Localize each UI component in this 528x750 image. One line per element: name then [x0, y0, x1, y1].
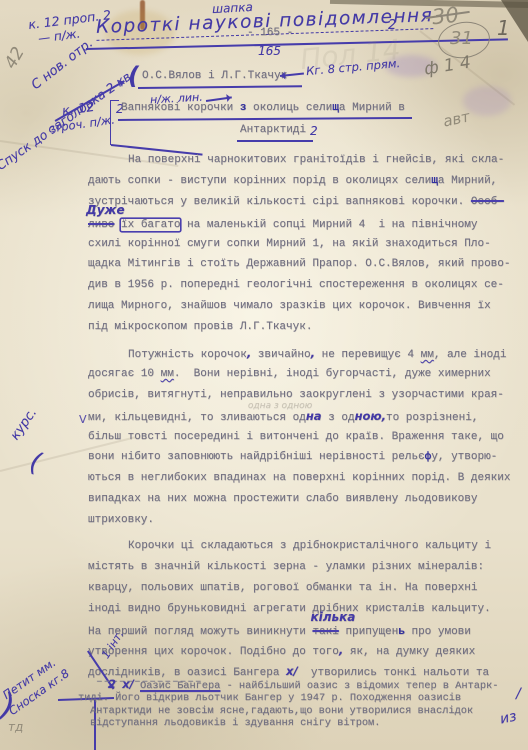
typed-text: кварцу, польових шпатів, рогової обманки… [88, 582, 477, 594]
typed-text: - найбільший оазис з відомих тепер в Ант… [220, 680, 498, 692]
typed-text: На поверхні чарнокитових гранітоїдів і г… [128, 154, 504, 166]
typed-line: На перший погляд можуть виникнути кілька… [88, 620, 516, 641]
pencil-mark-avt: авт [441, 107, 471, 130]
typed-page-number: - 165 - [247, 27, 293, 39]
footnote-lines: 2 х/ Оазис Бангера - найбільший оазис з … [78, 678, 528, 729]
typed-text: звичайно [251, 349, 310, 361]
typed-text: Антарктиди не зовсім ясне,гадають,що вон… [90, 705, 473, 717]
typed-text: Корочки ці складаються з дрібнокристаліч… [128, 540, 491, 552]
paren-before-authors: ( [128, 62, 139, 90]
pencil-td: тд [8, 720, 23, 734]
typed-line: Потужність корочок, звичайно, не перевищ… [88, 343, 516, 364]
typed-text: лища Мирного, знайшов чимало зразків цих… [88, 300, 491, 312]
typed-text: випадках на них можна простежити слабо в… [88, 493, 477, 505]
typed-text: дають сопки - виступи корінних порід в о… [88, 175, 431, 187]
correction-box: їх багато [121, 219, 180, 231]
typed-line: На поверхні чарнокитових гранітоїдів і г… [88, 150, 516, 171]
pencil-42: 42 [1, 44, 29, 73]
correction-hb: щ [431, 175, 438, 187]
typed-title-line2: Антарктиді [240, 124, 306, 136]
paragraph: Корочки ці складаються з дрібнокристаліч… [88, 536, 516, 682]
correction-wavy: мм [161, 368, 174, 380]
typed-text: досягає 10 [88, 368, 161, 380]
typed-text: то розрізнені, [386, 412, 478, 424]
pencil-copy-number: 1 [497, 16, 510, 40]
correction-h: ною, [355, 409, 386, 423]
typed-title-line1: Вапнякові корочки з околиць селища Мирни… [121, 102, 405, 114]
typed-text: . Вони нерівні, іноді бугорчасті, дуже х… [174, 368, 491, 380]
correction-h: на [306, 409, 322, 423]
typed-text: а Мирний в [339, 102, 405, 114]
ink-bottom-right: из [499, 708, 519, 727]
heading-bracket [110, 100, 119, 145]
typed-line: дають сопки - виступи корінних порід в о… [88, 171, 516, 192]
typed-line: схилі корінної смуги сопки Мирний 1, на … [88, 234, 516, 255]
ink-right-slash: / [516, 686, 521, 702]
typed-line: Дужеливо їх багато на маленькій сопці Ми… [88, 213, 516, 234]
correction-hb: щ [332, 102, 339, 114]
typed-text: утворення цих корочок. Подібно до того [88, 646, 339, 658]
typed-text: відступання льодовиків і здування снігу … [90, 717, 380, 729]
mark-after-title: 2 [310, 124, 318, 138]
typed-line: ми, кільцевидні, то зливаються ододна з … [88, 406, 516, 427]
hand-page-number: 165 [258, 44, 281, 58]
authors-underline [138, 85, 302, 88]
typed-text: більш товсті посередині і витончені до к… [88, 431, 504, 443]
typed-line: щадка Мітингів і стоїть Державний Прапор… [88, 254, 516, 275]
typed-text: обрисів, витягнуті, неправильно заокругл… [88, 389, 504, 401]
mark-after-hand-title: 2 [388, 18, 396, 33]
typed-line: більш товсті посередині і витончені до к… [88, 427, 516, 448]
typed-text: околиць сели [246, 102, 332, 114]
typed-text: на маленькій сопці Мирний 4 і на північн… [180, 219, 477, 231]
authors-line: О.С.Вялов і Л.Г.Ткачук [142, 70, 287, 82]
typed-body: На поверхні чарнокитових гранітоїдів і г… [88, 150, 516, 687]
correction-h: х/ [122, 677, 134, 691]
typed-line: Корочки ці складаються з дрібнокристаліч… [88, 536, 516, 557]
typed-text: щадка Мітингів і стоїть Державний Прапор… [88, 258, 510, 270]
correction-s: такі [312, 626, 338, 638]
typed-text: Вапнякові корочки [121, 102, 240, 114]
typed-line: лища Мирного, знайшов чимало зразків цих… [88, 296, 516, 317]
typed-line: вони нібито заповнюють найдрібніші нерів… [88, 447, 516, 468]
footnote-line: Антарктиди не зовсім ясне,гадають,що вон… [90, 705, 528, 717]
correction-u: Оазис Бангера [140, 680, 220, 692]
typed-text: як, на думку деяких [343, 646, 475, 658]
arrow-authors-note [280, 72, 304, 76]
typed-line: ються в неглибоких впадинах на поверхні … [88, 468, 516, 489]
typed-text: містять в значній кількості зерна - улам… [88, 561, 484, 573]
typed-text: а Мирний, [438, 175, 497, 187]
stain-purple-2 [463, 86, 511, 116]
typed-text: схилі корінної смуги сопки Мирний 1, на … [88, 238, 491, 250]
typed-text: , але іноді [434, 349, 507, 361]
typed-text: про умови [405, 626, 471, 638]
typed-line: досягає 10 мм. Вони нерівні, іноді бугор… [88, 364, 516, 385]
typed-line: під мікроскопом провів Л.Г.Ткачук. [88, 317, 516, 338]
typed-text: див в 1956 р. попередні геологічні спост… [88, 279, 504, 291]
footnote-line: відступання льодовиків і здування снігу … [90, 717, 528, 729]
typed-text: штриховку. [88, 514, 154, 526]
paragraph: На поверхні чарнокитових гранітоїдів і г… [88, 150, 516, 338]
correction-hb: ь [398, 626, 405, 638]
correction-s: ливо [88, 219, 114, 231]
typed-line: кварцу, польових шпатів, рогової обманки… [88, 578, 516, 599]
typed-text: вони нібито заповнюють найдрібніші нерів… [88, 451, 425, 463]
typed-text: не перевищує 4 [315, 349, 421, 361]
correction-s: Особ- [471, 196, 504, 208]
footnote-line: тиді. Його відкрив льотчик Бангер у 1947… [78, 692, 528, 704]
typed-line: штриховку. [88, 510, 516, 531]
arrow-nzh [206, 96, 232, 101]
paragraph: Потужність корочок, звичайно, не перевищ… [88, 343, 516, 531]
typed-text: ми, кільцевидні, то зливаються од [88, 412, 306, 424]
scanned-manuscript-page: шапка Короткі наукові повідомлення 2 - 1… [0, 0, 528, 750]
kurs-brace: ( [27, 447, 44, 479]
typed-text: іноді видно бруньковидні агрегати дрібни… [88, 603, 491, 615]
correction-h: х/ [286, 664, 298, 678]
typed-line: зустрічаються у великій кількості сірі в… [88, 192, 516, 213]
typed-text: зустрічаються у великій кількості сірі в… [88, 196, 471, 208]
typed-text: тиді. Його відкрив льотчик Бангер у 1947… [78, 692, 461, 704]
typed-text: з од [322, 412, 355, 424]
check-v-mark: V [79, 413, 87, 426]
typed-line: утворення цих корочок. Подібно до того, … [88, 640, 516, 661]
typed-line: див в 1956 р. попередні геологічні спост… [88, 275, 516, 296]
footnote-line: 2 х/ Оазис Бангера - найбільший оазис з … [108, 678, 528, 692]
typed-text: припущен [339, 626, 398, 638]
typed-text: під мікроскопом провів Л.Г.Ткачук. [88, 321, 312, 333]
correction-wavy: мм [421, 349, 434, 361]
typed-text: у, утворю- [431, 451, 497, 463]
typed-text: Потужність корочок [128, 349, 247, 361]
typed-line: містять в значній кількості зерна - улам… [88, 557, 516, 578]
typed-text: ються в неглибоких впадинах на поверхні … [88, 472, 510, 484]
note-kurs: курс. [8, 406, 40, 443]
correction-h: 2 [108, 677, 116, 691]
typed-line: випадках на них можна простежити слабо в… [88, 489, 516, 510]
title1-underline [118, 117, 412, 121]
pencil-mark-f14: ф 1 4 [423, 52, 473, 79]
title2-underline [237, 140, 313, 142]
typed-line: іноді видно бруньковидні агрегати дрібни… [88, 599, 516, 620]
